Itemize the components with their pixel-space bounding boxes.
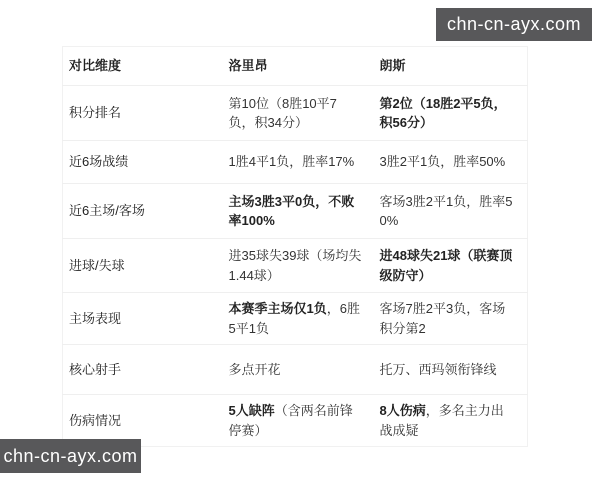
cell-text: 客场3胜2平1负，胜率50% (380, 194, 513, 229)
lens-cell: 托万、西玛领衔锋线 (374, 345, 528, 395)
cell-bold-text: 进48球失21球（联赛顶级防守） (380, 248, 513, 283)
cell-text: 第10位（8胜10平7负，积34分） (229, 96, 337, 131)
lorient-cell: 进35球失39球（场均失1.44球） (223, 239, 374, 293)
lens-cell: 进48球失21球（联赛顶级防守） (374, 239, 528, 293)
lens-cell: 3胜2平1负，胜率50% (374, 141, 528, 184)
table-row-points-rank: 积分排名 第10位（8胜10平7负，积34分） 第2位（18胜2平5负，积56分… (63, 86, 528, 141)
lorient-cell: 1胜4平1负，胜率17% (223, 141, 374, 184)
cell-text: 进35球失39球（场均失1.44球） (229, 248, 362, 283)
comparison-table: 对比维度 洛里昂 朗斯 积分排名 第10位（8胜10平7负，积34分） 第2位（… (62, 46, 528, 447)
watermark-top-right: chn-cn-ayx.com (436, 8, 592, 41)
column-header-dimension: 对比维度 (63, 47, 223, 86)
cell-bold-text: 本赛季主场仅1负 (229, 301, 327, 316)
table-row-home-performance: 主场表现 本赛季主场仅1负，6胜5平1负 客场7胜2平3负，客场积分第2 (63, 293, 528, 345)
cell-bold-text: 8人伤病 (380, 403, 426, 418)
lorient-cell: 主场3胜3平0负，不败率100% (223, 184, 374, 239)
dimension-cell: 近6场战绩 (63, 141, 223, 184)
lens-cell: 客场7胜2平3负，客场积分第2 (374, 293, 528, 345)
column-header-lorient: 洛里昂 (223, 47, 374, 86)
dimension-cell: 积分排名 (63, 86, 223, 141)
lens-cell: 第2位（18胜2平5负，积56分） (374, 86, 528, 141)
dimension-cell: 进球/失球 (63, 239, 223, 293)
cell-bold-text: 主场3胜3平0负，不败率100% (229, 194, 355, 229)
dimension-cell: 近6主场/客场 (63, 184, 223, 239)
lens-cell: 客场3胜2平1负，胜率50% (374, 184, 528, 239)
cell-text: 客场7胜2平3负，客场积分第2 (380, 301, 506, 336)
cell-text: 3胜2平1负，胜率50% (380, 154, 506, 169)
lens-cell: 8人伤病，多名主力出战成疑 (374, 395, 528, 447)
lorient-cell: 第10位（8胜10平7负，积34分） (223, 86, 374, 141)
lorient-cell: 多点开花 (223, 345, 374, 395)
watermark-bottom-left: chn-cn-ayx.com (0, 439, 141, 473)
table-row-last6-record: 近6场战绩 1胜4平1负，胜率17% 3胜2平1负，胜率50% (63, 141, 528, 184)
lorient-cell: 5人缺阵（含两名前锋停赛） (223, 395, 374, 447)
cell-bold-text: 5人缺阵 (229, 403, 275, 418)
cell-bold-text: 第2位（18胜2平5负，积56分） (380, 96, 507, 131)
table-row-home-away-last6: 近6主场/客场 主场3胜3平0负，不败率100% 客场3胜2平1负，胜率50% (63, 184, 528, 239)
cell-text: 托万、西玛领衔锋线 (380, 362, 497, 377)
column-header-lens: 朗斯 (374, 47, 528, 86)
cell-text: 1胜4平1负，胜率17% (229, 154, 355, 169)
dimension-cell: 主场表现 (63, 293, 223, 345)
page: chn-cn-ayx.com 对比维度 洛里昂 朗斯 积分排名 第10位（8胜1… (0, 0, 600, 480)
lorient-cell: 本赛季主场仅1负，6胜5平1负 (223, 293, 374, 345)
table-row-key-scorers: 核心射手 多点开花 托万、西玛领衔锋线 (63, 345, 528, 395)
dimension-cell: 核心射手 (63, 345, 223, 395)
header-row: 对比维度 洛里昂 朗斯 (63, 47, 528, 86)
cell-text: 多点开花 (229, 362, 281, 377)
table-row-goals: 进球/失球 进35球失39球（场均失1.44球） 进48球失21球（联赛顶级防守… (63, 239, 528, 293)
